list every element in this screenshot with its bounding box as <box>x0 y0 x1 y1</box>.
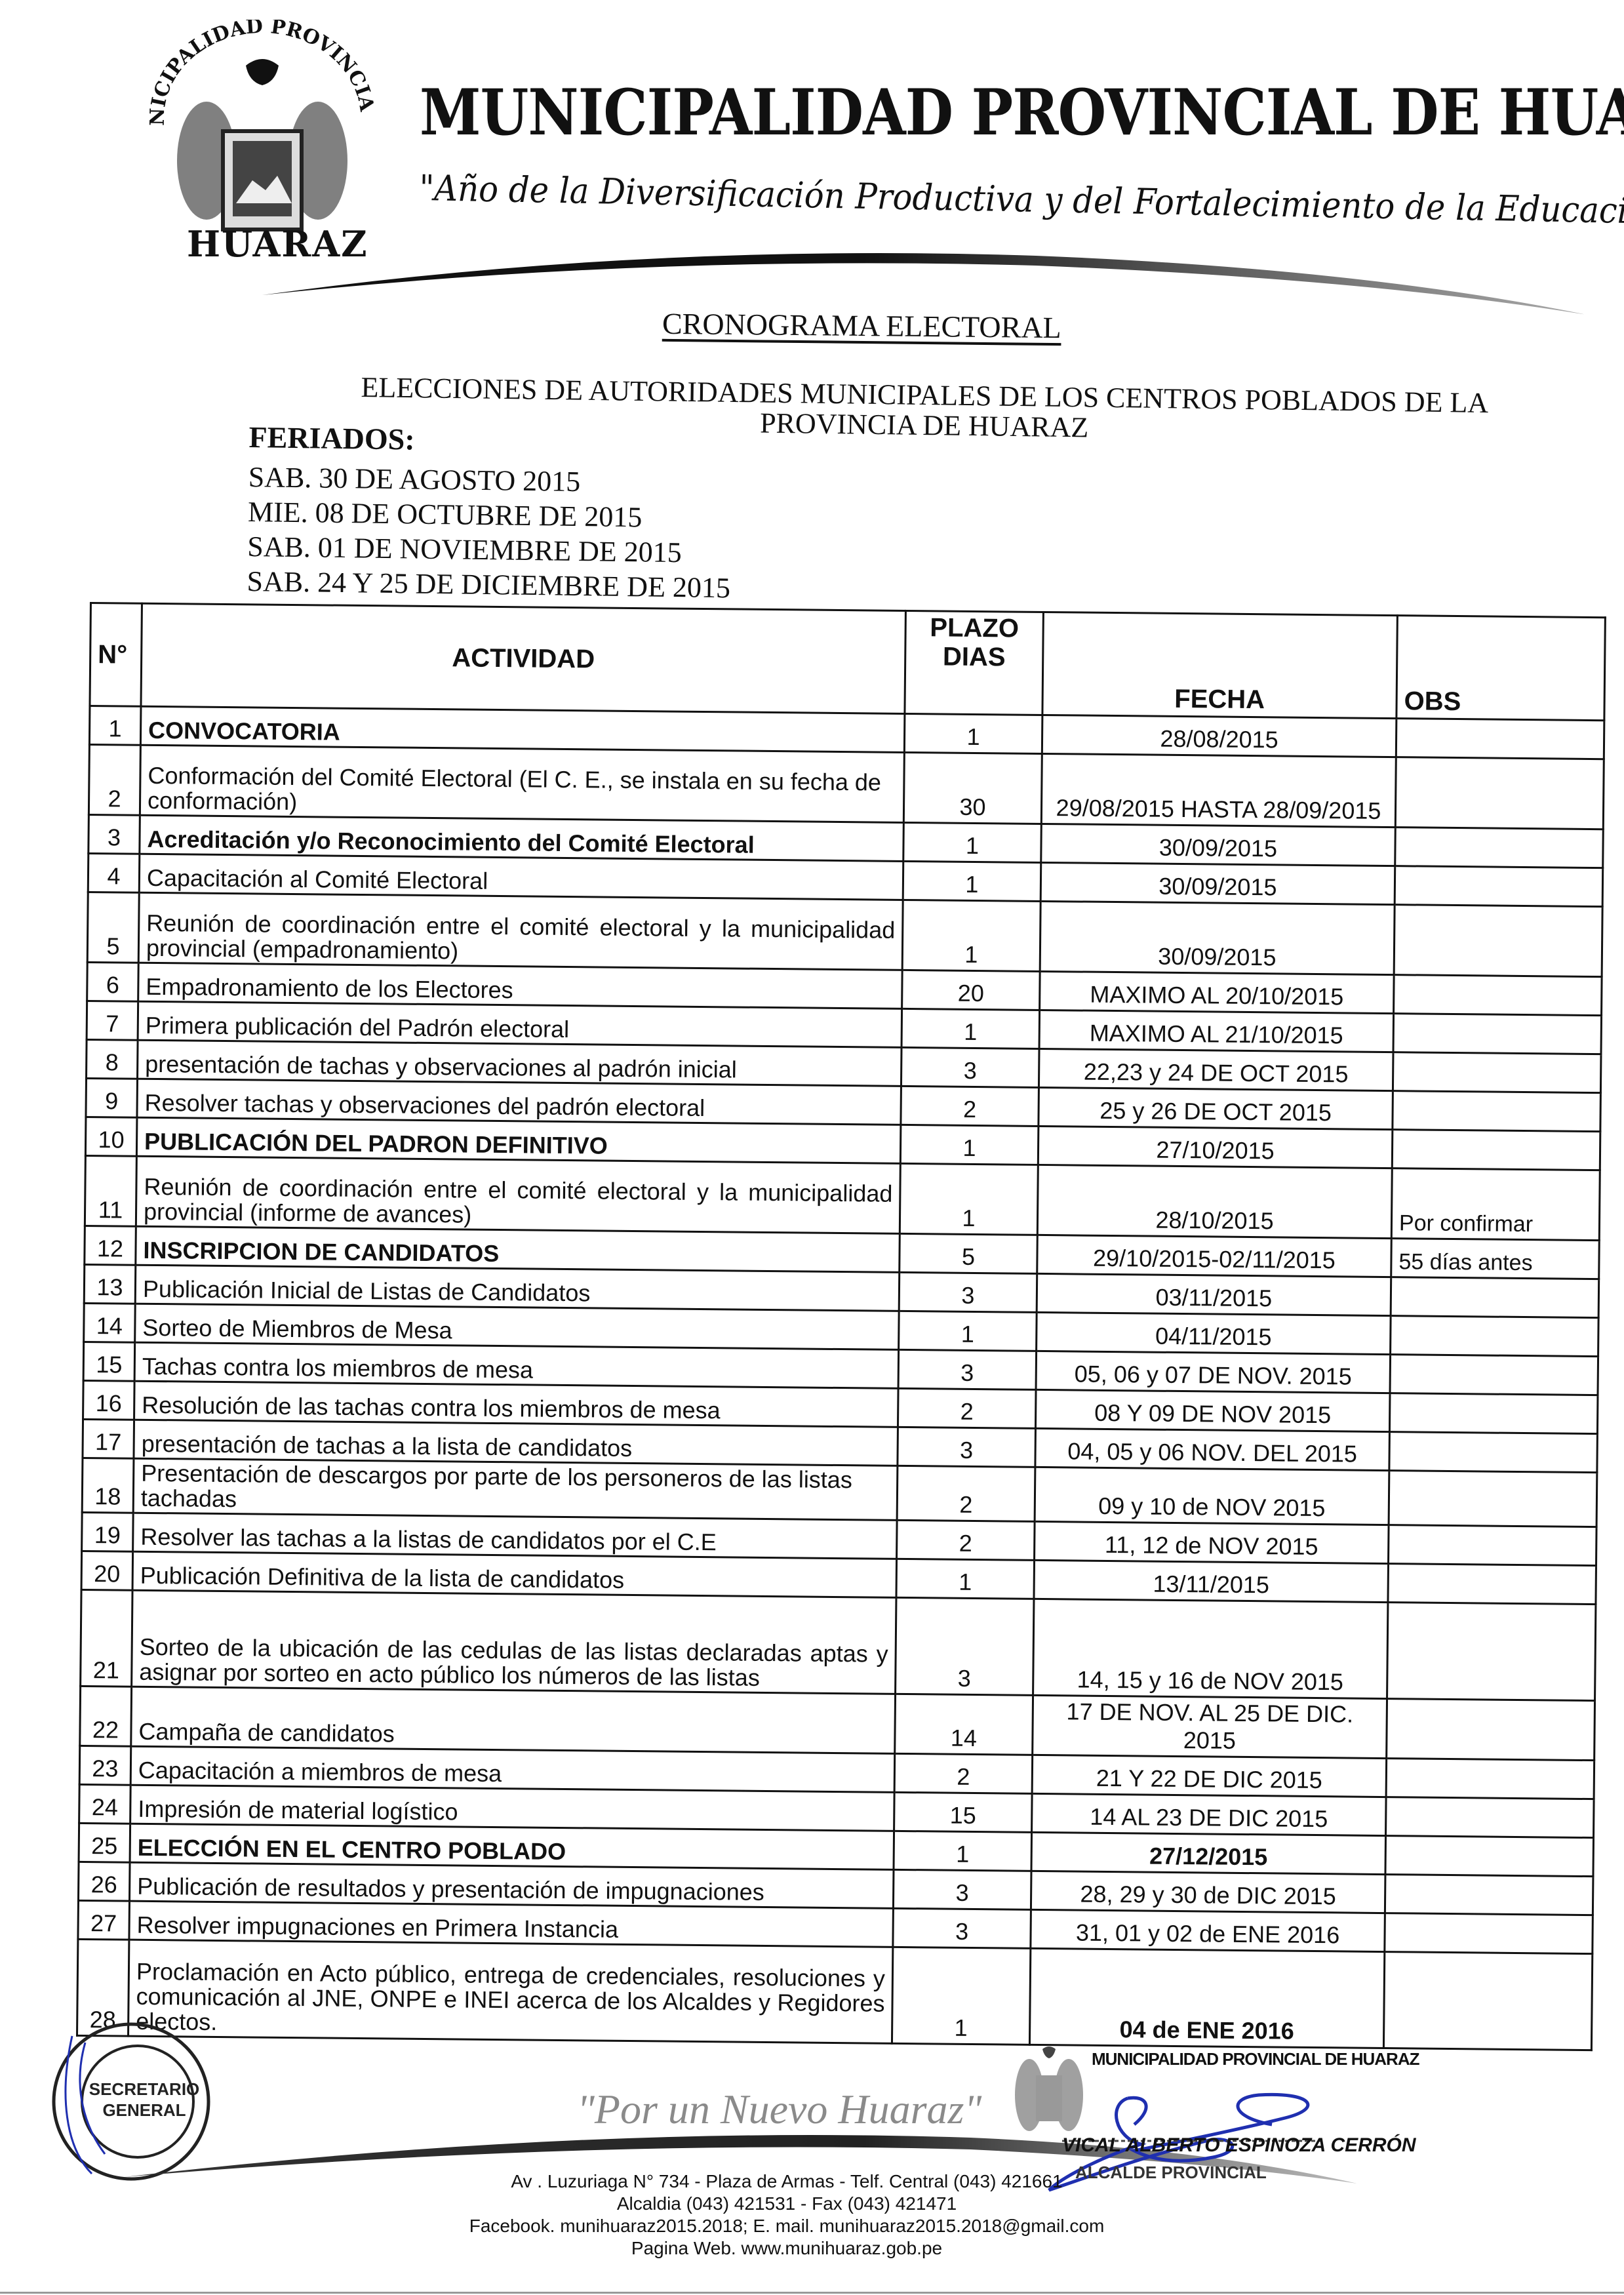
activity-cell: Presentación de descargos por parte de l… <box>133 1458 898 1520</box>
date-cell: 04, 05 y 06 NOV. DEL 2015 <box>1035 1428 1390 1470</box>
activity-cell: Resolver las tachas a la listas de candi… <box>133 1513 898 1559</box>
observations-cell <box>1390 1355 1598 1395</box>
term-days-cell: 2 <box>897 1520 1035 1560</box>
observations-cell <box>1385 1836 1594 1877</box>
term-days-cell: 2 <box>901 1086 1039 1126</box>
activity-cell: Resolución de las tachas contra los miem… <box>134 1381 899 1427</box>
observations-cell <box>1385 1913 1593 1954</box>
table-header-row: N° ACTIVIDAD PLAZO DIAS FECHA OBS <box>90 603 1605 721</box>
observations-cell <box>1388 1564 1596 1605</box>
term-header-line-2: DIAS <box>913 642 1035 672</box>
date-cell: 27/12/2015 <box>1031 1832 1386 1874</box>
row-number: 3 <box>89 814 140 854</box>
observations-cell <box>1394 975 1602 1016</box>
row-number: 14 <box>84 1303 136 1342</box>
date-cell: 28/10/2015 <box>1037 1165 1392 1238</box>
observations-cell <box>1396 719 1604 759</box>
row-number: 25 <box>79 1823 130 1862</box>
activity-cell: PUBLICACIÓN DEL PADRON DEFINITIVO <box>136 1117 901 1163</box>
date-cell: MAXIMO AL 20/10/2015 <box>1040 971 1395 1013</box>
date-cell: 11, 12 de NOV 2015 <box>1035 1521 1389 1563</box>
observations-cell <box>1387 1699 1595 1761</box>
activity-cell: Resolver tachas y observaciones del padr… <box>137 1079 901 1125</box>
date-cell: 25 y 26 DE OCT 2015 <box>1039 1087 1393 1129</box>
activity-cell: Capacitación a miembros de mesa <box>130 1746 895 1792</box>
date-cell: 30/09/2015 <box>1040 862 1395 904</box>
term-days-cell: 1 <box>892 1947 1030 2045</box>
activity-cell: Conformación del Comité Electoral (El C.… <box>140 745 904 822</box>
holidays-heading: FERIADOS: <box>248 420 732 461</box>
date-cell: 04/11/2015 <box>1037 1312 1391 1354</box>
seal-heading: MUNICIPALIDAD PROVINCIAL DE HUARAZ <box>1092 2049 1419 2069</box>
date-cell: 22,23 y 24 DE OCT 2015 <box>1039 1048 1393 1090</box>
observations-cell <box>1389 1471 1597 1527</box>
row-number: 27 <box>78 1900 130 1940</box>
activity-cell: Acreditación y/o Reconocimiento del Comi… <box>140 815 904 861</box>
column-header-term-days: PLAZO DIAS <box>905 610 1043 715</box>
term-days-cell: 3 <box>898 1427 1036 1467</box>
term-days-cell: 3 <box>898 1349 1037 1389</box>
footer-social-email: Facebook. munihuaraz2015.2018; E. mail. … <box>459 2215 1115 2237</box>
observations-cell: 55 días antes <box>1391 1239 1600 1279</box>
term-days-cell: 2 <box>897 1466 1035 1521</box>
holiday-item: SAB. 24 Y 25 DE DICIEMBRE DE 2015 <box>247 564 730 605</box>
date-cell: 14, 15 y 16 de NOV 2015 <box>1033 1599 1388 1698</box>
footer-website: Pagina Web. www.munihuaraz.gob.pe <box>459 2237 1115 2260</box>
activity-cell: Sorteo de la ubicación de las cedulas de… <box>132 1590 896 1694</box>
row-number: 22 <box>80 1686 132 1746</box>
activity-cell: INSCRIPCION DE CANDIDATOS <box>136 1226 900 1272</box>
term-days-cell: 15 <box>894 1792 1033 1832</box>
municipality-title: MUNICIPALIDAD PROVINCIAL DE HUARAZ <box>420 75 1624 150</box>
observations-cell <box>1393 1091 1601 1132</box>
column-header-number: N° <box>90 603 142 707</box>
activity-cell: Reunión de coordinación entre el comité … <box>136 1156 900 1233</box>
term-days-cell: 3 <box>899 1272 1037 1312</box>
observations-cell <box>1393 1052 1601 1093</box>
observations-cell: Por confirmar <box>1391 1168 1600 1241</box>
activity-cell: presentación de tachas y observaciones a… <box>138 1040 902 1086</box>
observations-cell <box>1387 1603 1596 1701</box>
activity-cell: Publicación Inicial de Listas de Candida… <box>135 1265 900 1311</box>
term-days-cell: 30 <box>903 752 1042 824</box>
activity-cell: Campaña de candidatos <box>131 1686 896 1753</box>
column-header-observations: OBS <box>1396 616 1605 721</box>
signatory-name: VICAL ALBERTO ESPINOZA CERRÓN <box>1062 2134 1416 2157</box>
row-number: 20 <box>81 1551 133 1590</box>
observations-cell <box>1392 1130 1600 1170</box>
term-days-cell: 1 <box>904 713 1042 753</box>
year-motto: "Año de la Diversificación Productiva y … <box>419 167 1624 233</box>
date-cell: 30/09/2015 <box>1040 901 1395 974</box>
term-days-cell: 3 <box>893 1908 1031 1948</box>
date-cell: 13/11/2015 <box>1034 1560 1389 1602</box>
date-cell: MAXIMO AL 21/10/2015 <box>1039 1010 1394 1052</box>
row-number: 7 <box>87 1001 138 1040</box>
activity-cell: Empadronamiento de los Electores <box>138 963 903 1008</box>
activity-cell: Tachas contra los miembros de mesa <box>134 1342 899 1388</box>
term-days-cell: 2 <box>894 1753 1033 1793</box>
term-days-cell: 5 <box>900 1233 1038 1273</box>
term-days-cell: 1 <box>901 1008 1040 1048</box>
observations-cell <box>1386 1797 1594 1838</box>
activity-cell: presentación de tachas a la lista de can… <box>134 1420 898 1466</box>
term-days-cell: 1 <box>903 822 1042 862</box>
document-title: CRONOGRAMA ELECTORAL <box>662 306 1061 345</box>
term-days-cell: 3 <box>901 1047 1039 1087</box>
holidays-list: FERIADOS: SAB. 30 DE AGOSTO 2015 MIE. 08… <box>247 420 732 605</box>
date-cell: 17 DE NOV. AL 25 DE DIC. 2015 <box>1033 1695 1387 1758</box>
date-cell: 27/10/2015 <box>1038 1126 1393 1168</box>
date-cell: 09 y 10 de NOV 2015 <box>1035 1467 1389 1525</box>
row-number: 10 <box>85 1117 137 1156</box>
term-header-line-1: PLAZO <box>913 613 1035 643</box>
activity-cell: Impresión de material logístico <box>130 1785 895 1831</box>
row-number: 5 <box>87 892 139 963</box>
row-number: 6 <box>87 962 139 1001</box>
row-number: 2 <box>89 745 140 816</box>
activity-cell: Resolver impugnaciones en Primera Instan… <box>129 1901 894 1947</box>
observations-cell <box>1385 1875 1593 1915</box>
date-cell: 29/10/2015-02/11/2015 <box>1037 1235 1392 1277</box>
column-header-activity: ACTIVIDAD <box>141 603 905 713</box>
date-cell: 14 AL 23 DE DIC 2015 <box>1032 1793 1387 1835</box>
term-days-cell: 20 <box>902 970 1040 1010</box>
page-bottom-edge <box>0 2292 1624 2294</box>
date-cell: 03/11/2015 <box>1037 1273 1391 1315</box>
observations-cell <box>1393 1014 1602 1054</box>
row-number: 12 <box>85 1226 136 1265</box>
date-cell: 04 de ENE 2016 <box>1029 1948 1384 2048</box>
row-number: 1 <box>89 706 141 746</box>
term-days-cell: 1 <box>894 1831 1032 1871</box>
activity-cell: Primera publicación del Padrón electoral <box>138 1001 902 1047</box>
observations-cell <box>1389 1432 1598 1473</box>
row-number: 18 <box>82 1458 134 1513</box>
term-days-cell: 1 <box>900 1163 1038 1235</box>
column-header-date: FECHA <box>1042 612 1397 718</box>
svg-text:SECRETARIO: SECRETARIO <box>89 2079 200 2099</box>
date-cell: 31, 01 y 02 de ENE 2016 <box>1031 1909 1385 1951</box>
observations-cell <box>1389 1525 1597 1566</box>
term-days-cell: 2 <box>898 1388 1036 1428</box>
row-number: 19 <box>82 1512 134 1551</box>
svg-text:GENERAL: GENERAL <box>102 2100 186 2120</box>
row-number: 24 <box>79 1784 131 1824</box>
observations-cell <box>1395 757 1604 829</box>
row-number: 13 <box>84 1264 136 1304</box>
row-number: 11 <box>85 1155 136 1226</box>
observations-cell <box>1391 1316 1599 1357</box>
footer-phones: Alcaldia (043) 421531 - Fax (043) 421471 <box>459 2193 1115 2215</box>
activity-cell: Reunión de coordinación entre el comité … <box>138 892 903 970</box>
date-cell: 05, 06 y 07 DE NOV. 2015 <box>1036 1351 1391 1393</box>
row-number: 23 <box>79 1746 131 1785</box>
electoral-schedule-table: N° ACTIVIDAD PLAZO DIAS FECHA OBS 1CONVO… <box>76 602 1606 2051</box>
row-number: 26 <box>78 1862 130 1901</box>
observations-cell <box>1389 1393 1598 1434</box>
observations-cell <box>1395 828 1604 868</box>
table-row: 28Proclamación en Acto público, entrega … <box>77 1939 1593 2050</box>
date-cell: 08 Y 09 DE NOV 2015 <box>1035 1389 1390 1431</box>
observations-cell <box>1386 1759 1594 1799</box>
row-number: 4 <box>88 853 140 892</box>
footer-contact-info: Av . Luzuriaga N° 734 - Plaza de Armas -… <box>459 2170 1115 2260</box>
table-row: 21Sorteo de la ubicación de las cedulas … <box>81 1589 1596 1700</box>
date-cell: 28/08/2015 <box>1042 715 1396 757</box>
row-number: 15 <box>83 1342 135 1381</box>
date-cell: 30/09/2015 <box>1041 824 1396 866</box>
activity-cell: CONVOCATORIA <box>140 706 905 752</box>
term-days-cell: 3 <box>893 1869 1031 1909</box>
activity-cell: Capacitación al Comité Electoral <box>139 854 903 900</box>
date-cell: 28, 29 y 30 de DIC 2015 <box>1031 1871 1385 1913</box>
activity-cell: Publicación Definitiva de la lista de ca… <box>132 1551 897 1597</box>
term-days-cell: 3 <box>896 1597 1034 1695</box>
row-number: 17 <box>83 1419 134 1458</box>
row-number: 8 <box>87 1039 138 1079</box>
date-cell: 21 Y 22 DE DIC 2015 <box>1032 1755 1387 1797</box>
term-days-cell: 1 <box>903 861 1041 901</box>
observations-cell <box>1395 866 1603 907</box>
row-number: 16 <box>83 1380 135 1420</box>
row-number: 21 <box>81 1589 132 1686</box>
footer-address: Av . Luzuriaga N° 734 - Plaza de Armas -… <box>459 2170 1115 2193</box>
activity-cell: ELECCIÓN EN EL CENTRO POBLADO <box>130 1824 894 1869</box>
electoral-schedule-table-wrapper: N° ACTIVIDAD PLAZO DIAS FECHA OBS 1CONVO… <box>76 602 1604 2051</box>
term-days-cell: 1 <box>900 1125 1039 1165</box>
term-days-cell: 1 <box>902 900 1040 971</box>
observations-cell <box>1383 1952 1592 2050</box>
term-days-cell: 1 <box>899 1311 1037 1351</box>
row-number: 9 <box>86 1078 138 1117</box>
activity-cell: Proclamación en Acto público, entrega de… <box>129 1940 893 2043</box>
term-days-cell: 1 <box>896 1559 1035 1599</box>
observations-cell <box>1394 905 1602 977</box>
date-cell: 29/08/2015 HASTA 28/09/2015 <box>1041 753 1396 827</box>
observations-cell <box>1391 1277 1599 1318</box>
activity-cell: Sorteo de Miembros de Mesa <box>135 1304 900 1349</box>
term-days-cell: 14 <box>895 1694 1033 1755</box>
table-body: 1CONVOCATORIA128/08/20152Conformación de… <box>77 706 1604 2050</box>
activity-cell: Publicación de resultados y presentación… <box>129 1862 894 1908</box>
